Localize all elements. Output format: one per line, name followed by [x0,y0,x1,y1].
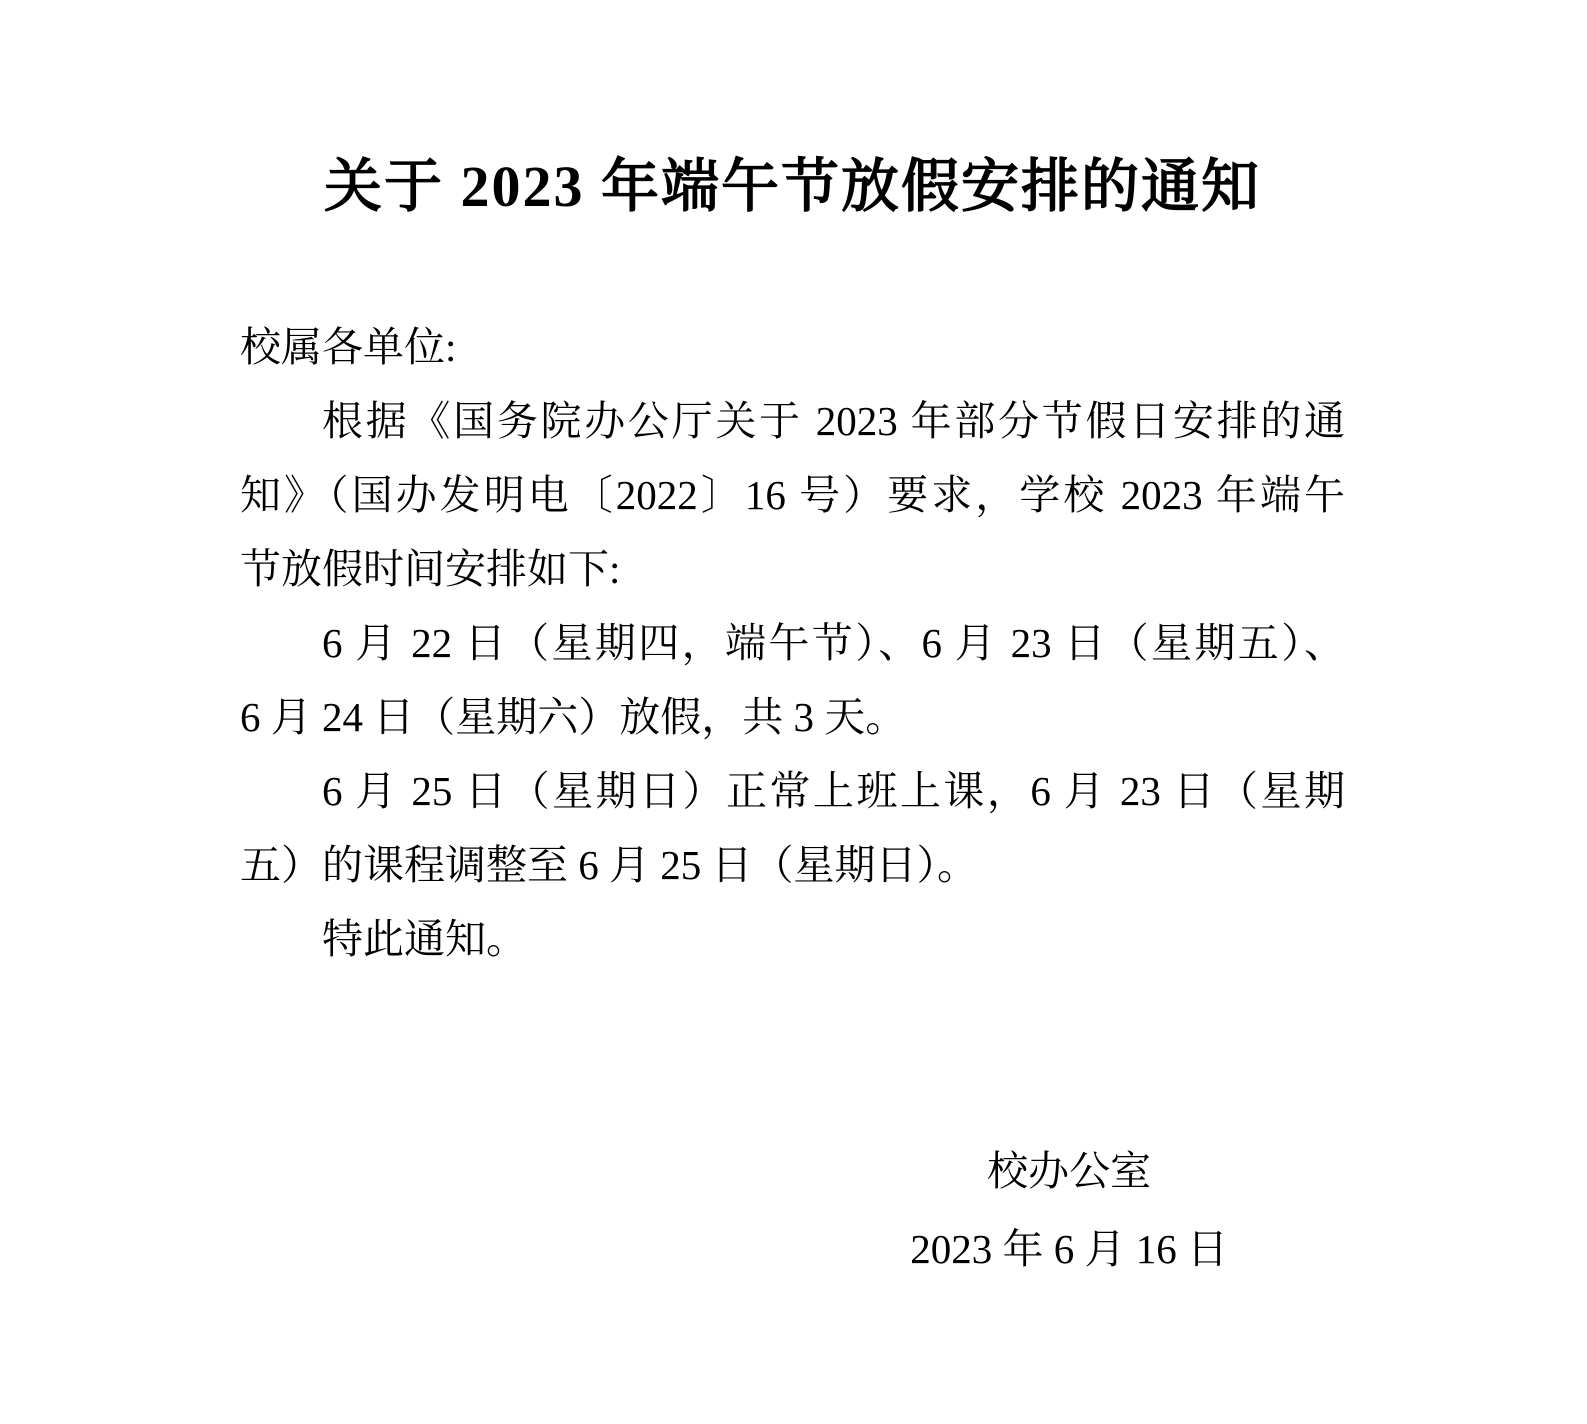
signature-author: 校办公室 [910,1132,1228,1210]
document-content: 关于 2023 年端午节放假安排的通知 校属各单位:根据《国务院办公厅关于 20… [240,0,1345,1288]
body-line: 根据《国务院办公厅关于 2023 年部分节假日安排的通 [240,384,1345,458]
body-line: 特此通知。 [240,902,1345,976]
document-page: 关于 2023 年端午节放假安排的通知 校属各单位:根据《国务院办公厅关于 20… [0,0,1587,1424]
body-line: 五）的课程调整至 6 月 25 日（星期日）。 [240,828,1345,902]
body-line: 6 月 25 日（星期日）正常上班上课，6 月 23 日（星期 [240,754,1345,828]
document-body: 校属各单位:根据《国务院办公厅关于 2023 年部分节假日安排的通知》（国办发明… [240,310,1345,976]
body-line: 节放假时间安排如下: [240,532,1345,606]
document-title: 关于 2023 年端午节放假安排的通知 [240,158,1345,216]
body-line: 6 月 22 日（星期四，端午节）、6 月 23 日（星期五）、 [240,606,1345,680]
signature-inner: 校办公室 2023 年 6 月 16 日 [910,1132,1228,1288]
body-line: 校属各单位: [240,310,1345,384]
body-line: 6 月 24 日（星期六）放假，共 3 天。 [240,680,1345,754]
signature-block: 校办公室 2023 年 6 月 16 日 [240,1132,1345,1288]
body-line: 知》（国办发明电〔2022〕16 号）要求，学校 2023 年端午 [240,458,1345,532]
signature-date: 2023 年 6 月 16 日 [910,1210,1228,1288]
